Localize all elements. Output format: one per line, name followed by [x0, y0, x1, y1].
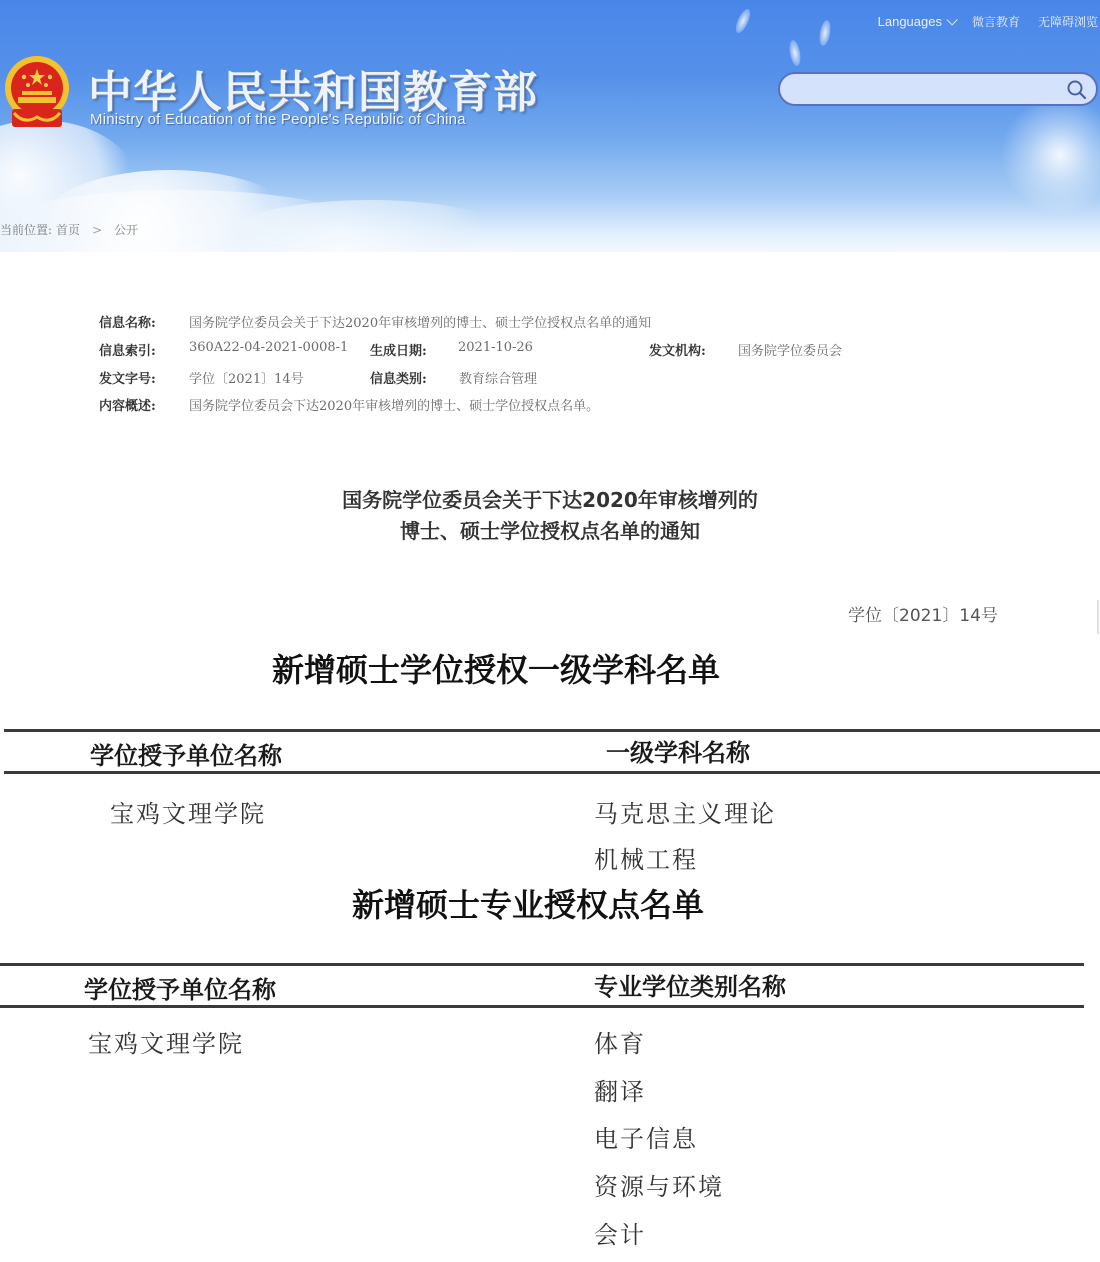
list1-item: 机械工程 [594, 840, 698, 875]
languages-label: Languages [878, 14, 942, 29]
list1-title: 新增硕士学位授权一级学科名单 [272, 645, 720, 691]
languages-dropdown[interactable]: Languages [878, 14, 954, 29]
seed-decoration [733, 7, 753, 35]
seed-decoration [788, 39, 802, 66]
list1-item: 马克思主义理论 [594, 794, 776, 829]
info-label: 信息索引: [99, 340, 156, 359]
list2-title: 新增硕士专业授权点名单 [352, 880, 704, 926]
list2-header-institution: 学位授予单位名称 [84, 970, 276, 1005]
divider [1097, 600, 1099, 634]
chevron-down-icon [946, 14, 957, 25]
article-title-line2: 博士、硕士学位授权点名单的通知 [0, 516, 1100, 547]
list2-header-degree-type: 专业学位类别名称 [594, 967, 786, 1002]
info-value: 学位〔2021〕14号 [189, 368, 304, 387]
weiyan-education-link[interactable]: 微言教育 [972, 13, 1020, 30]
info-label: 发文机构: [649, 340, 706, 359]
breadcrumb-public[interactable]: 公开 [114, 221, 138, 238]
search-bar [778, 72, 1098, 106]
info-label: 信息名称: [99, 312, 156, 331]
info-value: 国务院学位委员会 [738, 340, 842, 359]
article-title: 国务院学位委员会关于下达2020年审核增列的 博士、硕士学位授权点名单的通知 [0, 485, 1100, 547]
info-value: 2021-10-26 [458, 340, 533, 355]
info-label: 信息类别: [370, 368, 427, 387]
list2-item: 资源与环境 [594, 1167, 724, 1202]
article-title-line1: 国务院学位委员会关于下达2020年审核增列的 [0, 485, 1100, 516]
accessibility-link[interactable]: 无障碍浏览 [1038, 13, 1098, 30]
info-label: 内容概述: [99, 395, 156, 414]
info-label: 发文字号: [99, 368, 156, 387]
info-label: 生成日期: [370, 340, 427, 359]
seed-decoration [818, 19, 832, 46]
national-emblem-icon [2, 55, 72, 131]
list2-item: 电子信息 [594, 1119, 698, 1154]
dandelion-decoration [1000, 95, 1100, 215]
table-header-rule [0, 1005, 1084, 1008]
info-value: 360A22-04-2021-0008-1 [189, 340, 348, 355]
breadcrumb-separator: > [92, 223, 102, 237]
table-top-rule [0, 963, 1084, 966]
info-value: 国务院学位委员会关于下达2020年审核增列的博士、硕士学位授权点名单的通知 [189, 312, 651, 331]
list2-item: 会计 [594, 1215, 646, 1250]
list2-item: 翻译 [594, 1072, 646, 1107]
header-banner: 中华人民共和国教育部 Ministry of Education of the … [0, 0, 1100, 252]
table-header-rule [4, 771, 1100, 774]
search-input[interactable] [780, 74, 1050, 104]
site-subtitle: Ministry of Education of the People's Re… [90, 111, 466, 128]
breadcrumb-home[interactable]: 首页 [56, 221, 80, 238]
breadcrumb-label: 当前位置: [0, 221, 52, 238]
top-links: Languages 微言教育 无障碍浏览 [878, 13, 1098, 30]
info-value: 教育综合管理 [459, 368, 537, 387]
list1-institution: 宝鸡文理学院 [110, 794, 266, 829]
document-number: 学位〔2021〕14号 [848, 601, 998, 626]
list2-institution: 宝鸡文理学院 [88, 1024, 244, 1059]
list2-item: 体育 [594, 1024, 646, 1059]
table-top-rule [4, 729, 1100, 732]
search-icon[interactable] [1066, 79, 1088, 101]
list1-header-institution: 学位授予单位名称 [90, 736, 282, 771]
info-value: 国务院学位委员会下达2020年审核增列的博士、硕士学位授权点名单。 [189, 395, 599, 414]
breadcrumb: 当前位置: 首页 > 公开 [0, 221, 138, 238]
list1-header-subject: 一级学科名称 [606, 733, 750, 768]
